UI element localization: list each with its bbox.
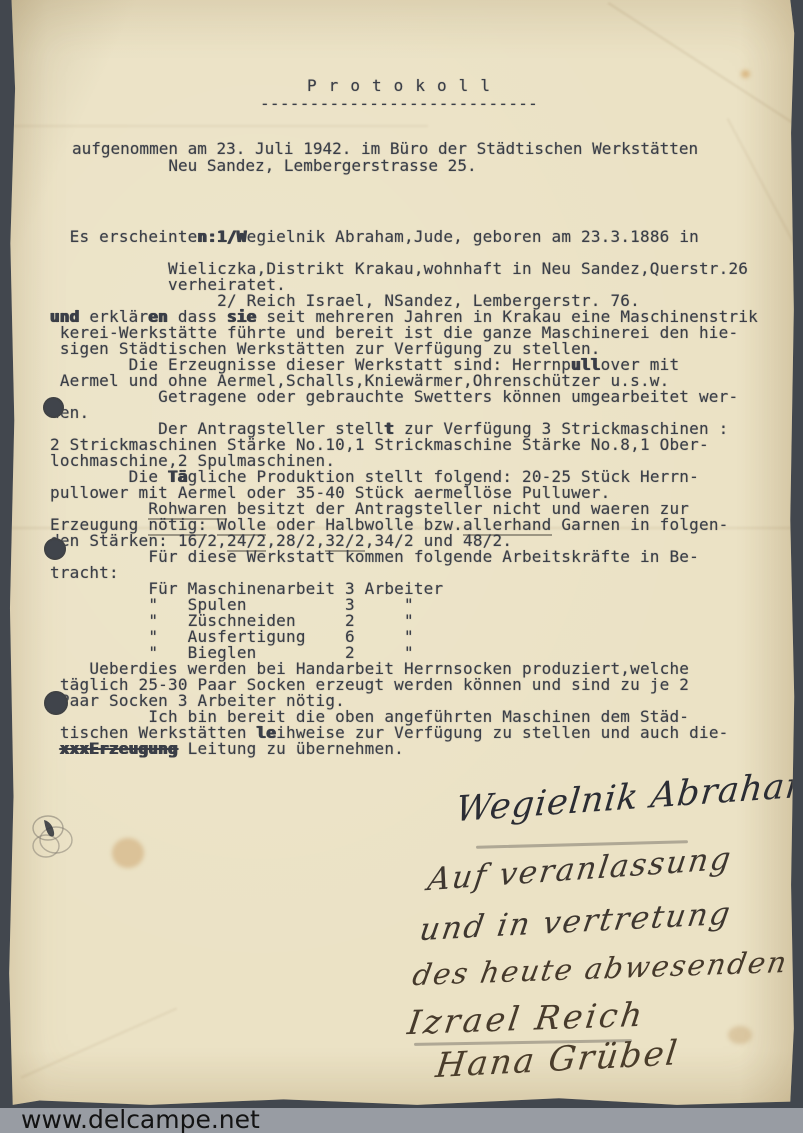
intro-block: aufgenommen am 23. Juli 1942. im Büro de… bbox=[72, 140, 698, 174]
typed-line: Getragene oder gebrauchte Swetters könne… bbox=[50, 389, 758, 405]
document-paper: P r o t o k o l l ----------------------… bbox=[8, 0, 795, 1106]
punch-hole bbox=[43, 397, 64, 418]
handwritten-signature-wegielnik: Wegielnik Abraham bbox=[454, 764, 803, 830]
watermark-text: www.delcampe.net bbox=[21, 1107, 260, 1132]
paper-stain bbox=[112, 838, 144, 868]
handwritten-note-line: des heute abwesenden bbox=[410, 945, 791, 992]
paper-stain bbox=[728, 1026, 752, 1044]
intro-line: aufgenommen am 23. Juli 1942. im Büro de… bbox=[72, 140, 698, 157]
typed-body: Es erscheinten:1/Wegielnik Abraham,Jude,… bbox=[50, 229, 758, 757]
intro-line: Neu Sandez, Lembergerstrasse 25. bbox=[72, 157, 698, 174]
paper-crease bbox=[21, 1008, 177, 1079]
typed-line: Es erscheinten:1/Wegielnik Abraham,Jude,… bbox=[50, 229, 758, 245]
paper-stain bbox=[741, 70, 750, 78]
typed-line: xxxErzeugung Leitung zu übernehmen. bbox=[50, 741, 758, 757]
paper-crease bbox=[608, 2, 803, 140]
punch-hole bbox=[44, 691, 68, 715]
document-title: P r o t o k o l l bbox=[307, 76, 491, 95]
paper-crease bbox=[8, 125, 428, 127]
handwritten-note-line: Auf veranlassung bbox=[425, 841, 734, 899]
handwritten-note-line: und in vertretung bbox=[417, 896, 734, 949]
handwritten-name-izrael-reich: Izrael Reich bbox=[405, 995, 647, 1042]
pencil-scribble bbox=[22, 804, 94, 870]
title-underline: ---------------------------- bbox=[260, 94, 538, 113]
watermark-bar: www.delcampe.net bbox=[0, 1108, 803, 1133]
photo-background: P r o t o k o l l ----------------------… bbox=[0, 0, 803, 1133]
punch-hole bbox=[44, 538, 66, 560]
typed-line: Für diese Werkstatt kommen folgende Arbe… bbox=[50, 549, 758, 565]
